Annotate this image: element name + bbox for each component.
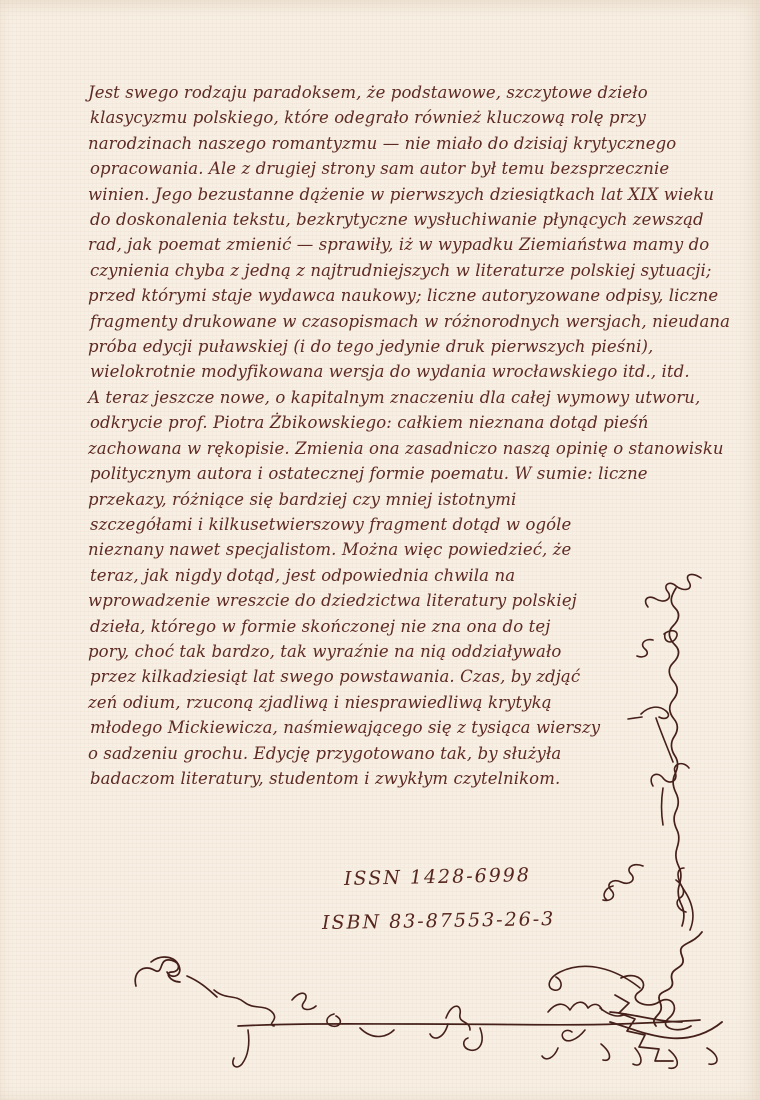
manuscript-line: przed którymi staje wydawca naukowy; lic… [88,283,676,308]
manuscript-line: wprowadzenie wreszcie do dziedzictwa lit… [88,588,676,613]
manuscript-line: czynienia chyba z jedną z najtrudniejszy… [90,258,678,283]
manuscript-line: badaczom literatury, studentom i zwykłym… [90,766,678,791]
manuscript-line: dzieła, którego w formie skończonej nie … [90,614,678,639]
manuscript-line: szczegółami i kilkusetwierszowy fragment… [90,512,678,537]
manuscript-line: nieznany nawet specjalistom. Można więc … [88,537,676,562]
manuscript-line: A teraz jeszcze nowe, o kapitalnym znacz… [88,385,676,410]
manuscript-line: fragmenty drukowane w czasopismach w róż… [90,309,678,334]
manuscript-line: politycznym autora i ostatecznej formie … [90,461,678,486]
manuscript-line: młodego Mickiewicza, naśmiewającego się … [90,715,678,740]
manuscript-line: do doskonalenia tekstu, bezkrytyczne wys… [90,207,678,232]
manuscript-line: rad, jak poemat zmienić — sprawiły, iż w… [88,232,676,257]
manuscript-line: próba edycji puławskiej (i do tego jedyn… [88,334,676,359]
bottom-flourish-left-icon [135,957,700,1067]
isbn-number: ISBN 83-87553-26-3 [322,908,556,934]
manuscript-line: wielokrotnie modyfikowana wersja do wyda… [90,359,678,384]
manuscript-line: klasycyzmu polskiego, które odegrało rów… [90,105,678,130]
manuscript-line: Jest swego rodzaju paradoksem, że podsta… [88,80,676,105]
manuscript-line: przez kilkadziesiąt lat swego powstawani… [90,664,678,689]
manuscript-line: zeń odium, rzuconą zjadliwą i niesprawie… [88,690,676,715]
manuscript-page: Jest swego rodzaju paradoksem, że podsta… [0,0,760,1100]
issn-number: ISSN 1428-6998 [344,864,531,890]
manuscript-line: pory, choć tak bardzo, tak wyraźnie na n… [88,639,676,664]
manuscript-line: odkrycie prof. Piotra Żbikowskiego: całk… [90,410,678,435]
corner-tangle-bottom-right-icon [542,868,722,1068]
manuscript-line: przekazy, różniące się bardziej czy mnie… [88,487,676,512]
manuscript-line: opracowania. Ale z drugiej strony sam au… [90,156,678,181]
handwritten-text-block: Jest swego rodzaju paradoksem, że podsta… [88,80,676,791]
manuscript-line: winien. Jego bezustanne dążenie w pierws… [88,182,676,207]
manuscript-line: zachowana w rękopisie. Zmienia ona zasad… [88,436,676,461]
manuscript-line: narodzinach naszego romantyzmu — nie mia… [88,131,676,156]
manuscript-line: teraz, jak nigdy dotąd, jest odpowiednia… [90,563,678,588]
manuscript-line: o sadzeniu grochu. Edycję przygotowano t… [88,741,676,766]
